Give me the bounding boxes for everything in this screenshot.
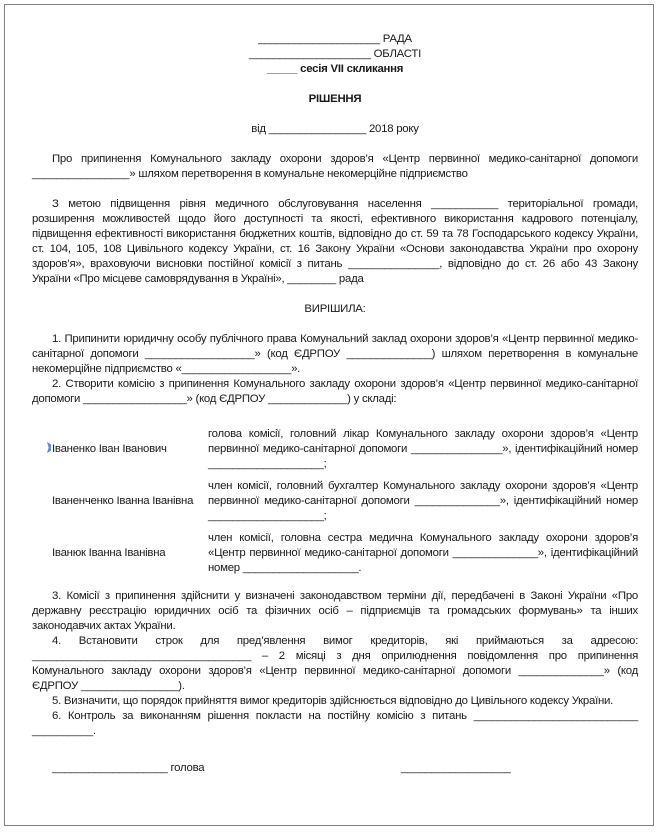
member-role: член комісії, головна сестра медична Ком…: [208, 531, 638, 583]
item-2: 2. Створити комісію з припинення Комунал…: [32, 377, 638, 407]
signature-block: ___________________ голова _____________…: [32, 761, 638, 776]
document-title: РІШЕННЯ: [32, 92, 638, 107]
member-role: голова комісії, головний лікар Комунальн…: [208, 427, 638, 479]
member-role: член комісії, головний бухгалтер Комунал…: [208, 479, 638, 531]
member-name: Іванюк Іванна Іванівна: [32, 531, 208, 583]
oblast-line: ____________________ ОБЛАСТІ: [32, 47, 638, 62]
document-body: ____________________ РАДА ______________…: [32, 32, 638, 776]
preamble-paragraph: З метою підвищення рівня медичного обслу…: [32, 197, 638, 287]
item-4: 4. Встановити строк для пред’явлення вим…: [32, 634, 638, 694]
member-name: Іваненченко Іванна Іванівна: [32, 479, 208, 531]
commission-row: Іваненко Іван Іванович голова комісії, г…: [32, 427, 638, 479]
commission-row: Іванюк Іванна Іванівна член комісії, гол…: [32, 531, 638, 583]
item-5: 5. Визначити, що порядок прийняття вимог…: [32, 694, 638, 709]
decided-heading: ВИРІШИЛА:: [32, 302, 638, 317]
date-line: від ________________ 2018 року: [32, 122, 638, 137]
item-3: 3. Комісії з припинення здійснити у визн…: [32, 589, 638, 634]
signature-head: ___________________ голова: [52, 761, 204, 776]
item-6: 6. Контроль за виконанням рішення поклас…: [32, 709, 638, 739]
item-1: 1. Припинити юридичну особу публічного п…: [32, 332, 638, 377]
text-cursor-marker-icon: [47, 442, 51, 453]
commission-row: Іваненченко Іванна Іванівна член комісії…: [32, 479, 638, 531]
session-line: _____ сесія VII скликання: [32, 62, 638, 77]
subject-paragraph: Про припинення Комунального закладу охор…: [32, 152, 638, 182]
commission-table: Іваненко Іван Іванович голова комісії, г…: [32, 427, 638, 583]
council-line: ____________________ РАДА: [32, 32, 638, 47]
signature-name: __________________: [401, 761, 511, 776]
member-name: Іваненко Іван Іванович: [52, 443, 167, 455]
document-page: ____________________ РАДА ______________…: [4, 4, 654, 826]
